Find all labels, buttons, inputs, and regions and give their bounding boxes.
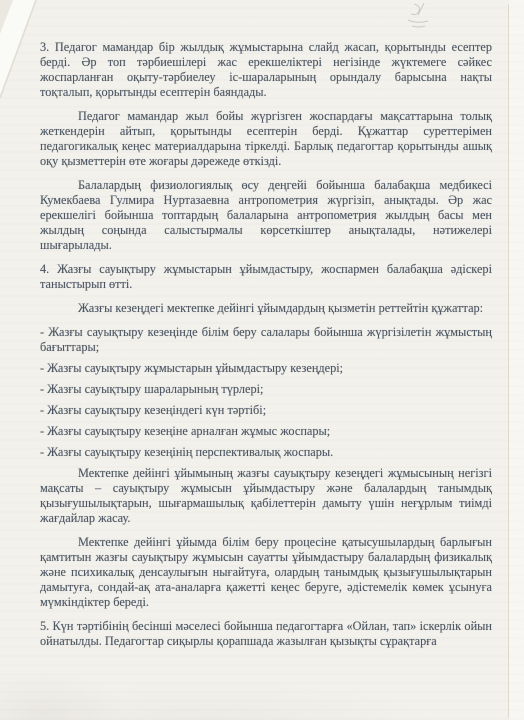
scan-crease-line [508,4,509,718]
paragraph-main-goal: Мектепке дейінгі ұйымының жазғы сауықтыр… [40,466,492,526]
paragraph-anthropometry: Балалардың физиологиялық өсу деңгейі бой… [40,178,492,253]
list-item-perspective-plan: - Жазғы сауықтыру кезеңінің перспективал… [40,445,492,460]
paragraph-yearly-goals: Педагог мамандар жыл бойы жүргізген жосп… [40,109,492,169]
list-item-work-plan: - Жазғы сауықтыру кезеңіне арналған жұмы… [40,424,492,439]
paragraph-health-benefits: Мектепке дейінгі ұйымда білім беру проце… [40,535,492,610]
list-item-stages: - Жазғы сауықтыру жұмыстарын ұйымдастыру… [40,361,492,376]
paragraph-5-game: 5. Күн тәртібінің бесінші мәселесі бойын… [40,619,492,649]
scan-edge-strip [509,0,524,720]
paragraph-3-report-slides: 3. Педагог мамандар бір жылдық жұмыстары… [40,40,492,100]
list-item-directions: - Жазғы сауықтыру кезеңінде білім беру с… [40,325,492,355]
list-item-types: - Жазғы сауықтыру шараларының түрлері; [40,382,492,397]
paragraph-4-summer-plan: 4. Жазғы сауықтыру жұмыстарын ұйымдастыр… [40,262,492,292]
paragraph-regulating-documents: Жазғы кезеңдегі мектепке дейінгі ұйымдар… [40,301,492,316]
pencil-scribble [400,0,448,32]
list-item-day-schedule: - Жазғы сауықтыру кезеңіндегі күн тәртіб… [40,403,492,418]
document-text: 3. Педагог мамандар бір жылдық жұмыстары… [40,40,492,649]
